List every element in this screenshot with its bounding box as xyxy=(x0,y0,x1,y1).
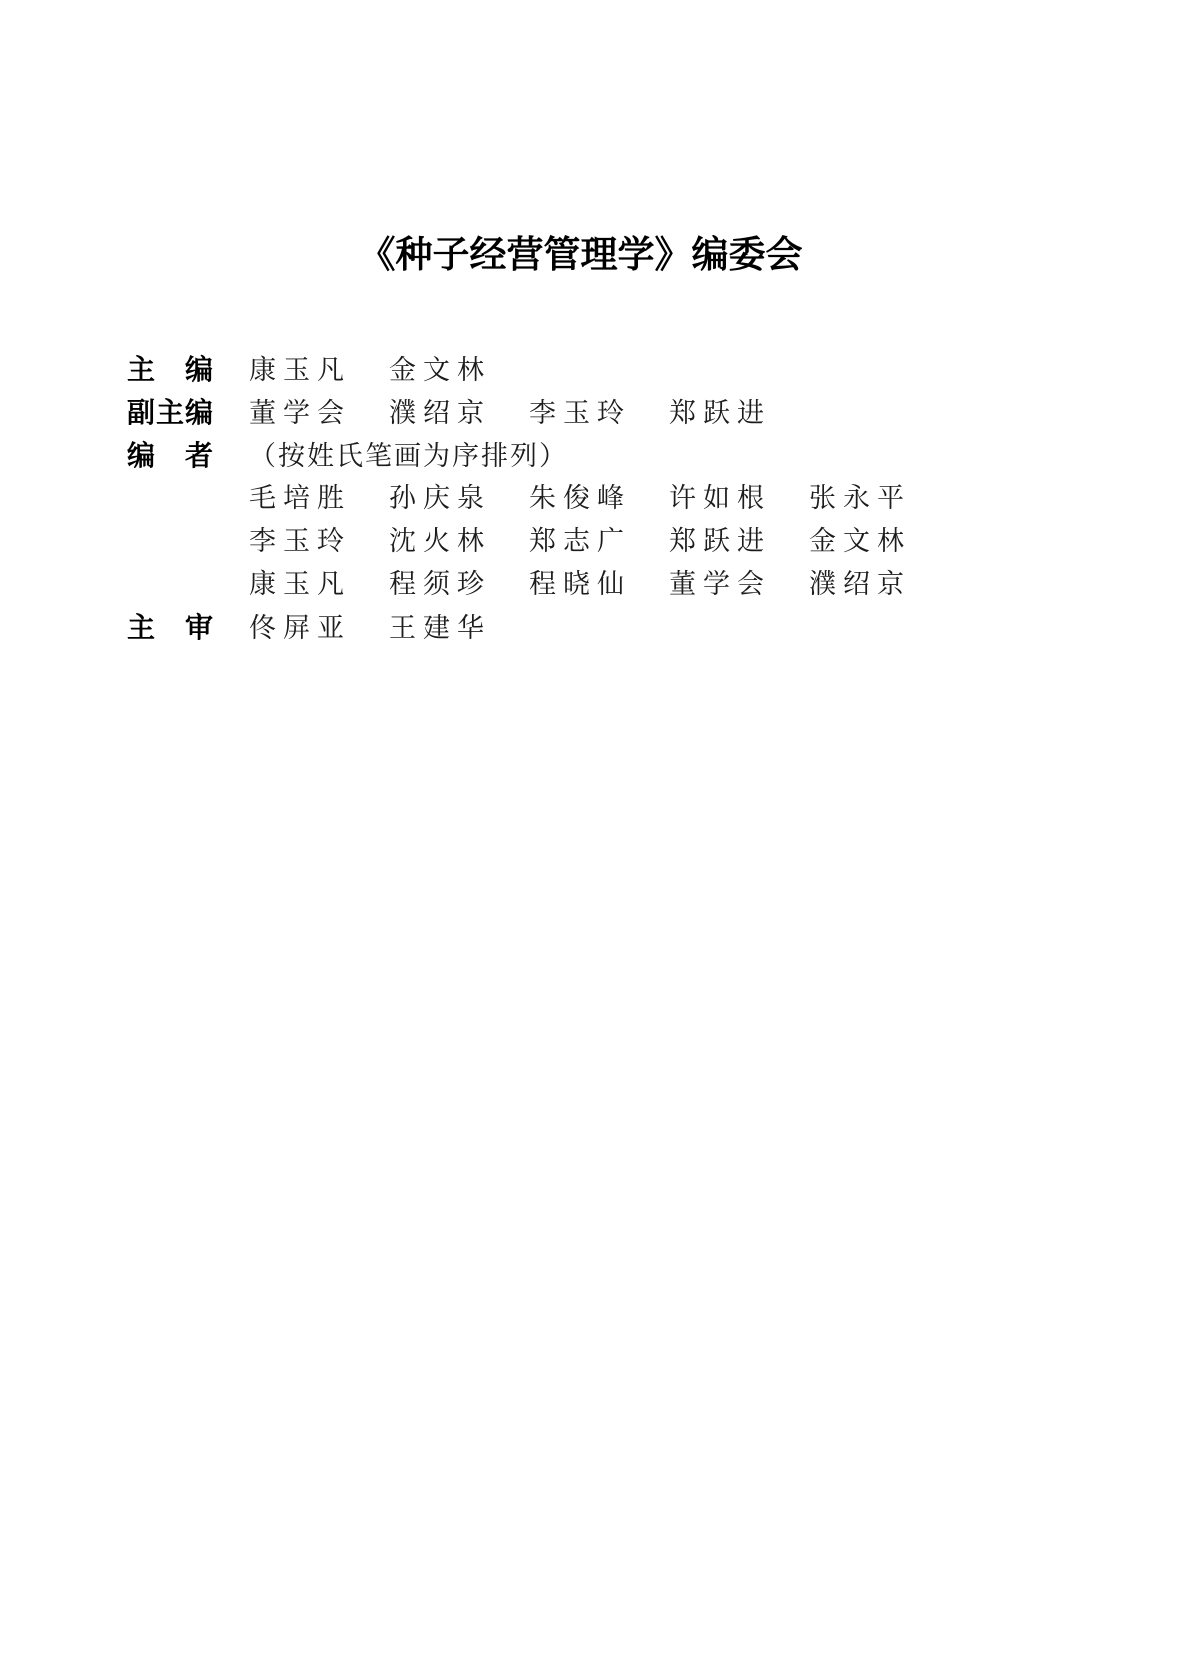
person-name: 濮绍京 xyxy=(809,563,911,606)
person-name: 毛培胜 xyxy=(249,477,351,520)
person-name: 郑志广 xyxy=(529,520,631,563)
person-name: 佟屏亚 xyxy=(249,607,351,650)
person-name: 李玉玲 xyxy=(529,392,631,435)
person-name: 程晓仙 xyxy=(529,563,631,606)
person-name: 程须珍 xyxy=(389,563,491,606)
author-names-row: 毛培胜 孙庆泉 朱俊峰 许如根 张永平 xyxy=(127,477,1163,520)
reviewer-row: 主 审 佟屏亚 王建华 xyxy=(127,606,1163,649)
name-group: 康玉凡 程须珍 程晓仙 董学会 濮绍京 xyxy=(249,563,911,606)
person-name: 董学会 xyxy=(249,392,351,435)
person-name: 金文林 xyxy=(389,349,491,392)
editor-row-deputy: 副主编 董学会 濮绍京 李玉玲 郑跃进 xyxy=(127,391,1163,434)
person-name: 张永平 xyxy=(809,477,911,520)
sort-order-note: （按姓氏笔画为序排列） xyxy=(249,435,568,478)
person-name: 郑跃进 xyxy=(669,520,771,563)
author-names-row: 康玉凡 程须珍 程晓仙 董学会 濮绍京 xyxy=(127,563,1163,606)
document-page: 《种子经营管理学》编委会 主 编 康玉凡 金文林 副主编 董学会 濮绍京 李玉玲… xyxy=(0,0,1203,1675)
editor-row-chief: 主 编 康玉凡 金文林 xyxy=(127,348,1163,391)
name-group: 董学会 濮绍京 李玉玲 郑跃进 xyxy=(249,392,771,435)
person-name: 康玉凡 xyxy=(249,563,351,606)
role-label: 编 者 xyxy=(127,434,249,477)
role-label: 主 审 xyxy=(127,606,249,649)
role-label: 副主编 xyxy=(127,391,249,434)
person-name: 孙庆泉 xyxy=(389,477,491,520)
person-name: 濮绍京 xyxy=(389,392,491,435)
person-name: 董学会 xyxy=(669,563,771,606)
name-group: （按姓氏笔画为序排列） xyxy=(249,435,568,478)
person-name: 沈火林 xyxy=(389,520,491,563)
person-name: 李玉玲 xyxy=(249,520,351,563)
name-group: 佟屏亚 王建华 xyxy=(249,607,491,650)
editor-row-authors-label: 编 者 （按姓氏笔画为序排列） xyxy=(127,434,1163,477)
role-label: 主 编 xyxy=(127,348,249,391)
person-name: 王建华 xyxy=(389,607,491,650)
name-group: 康玉凡 金文林 xyxy=(249,349,491,392)
person-name: 金文林 xyxy=(809,520,911,563)
person-name: 朱俊峰 xyxy=(529,477,631,520)
person-name: 康玉凡 xyxy=(249,349,351,392)
committee-list: 主 编 康玉凡 金文林 副主编 董学会 濮绍京 李玉玲 郑跃进 编 者 （按姓氏… xyxy=(127,348,1163,649)
person-name: 许如根 xyxy=(669,477,771,520)
name-group: 李玉玲 沈火林 郑志广 郑跃进 金文林 xyxy=(249,520,911,563)
page-title: 《种子经营管理学》编委会 xyxy=(0,230,1203,282)
name-group: 毛培胜 孙庆泉 朱俊峰 许如根 张永平 xyxy=(249,477,911,520)
author-names-row: 李玉玲 沈火林 郑志广 郑跃进 金文林 xyxy=(127,520,1163,563)
person-name: 郑跃进 xyxy=(669,392,771,435)
